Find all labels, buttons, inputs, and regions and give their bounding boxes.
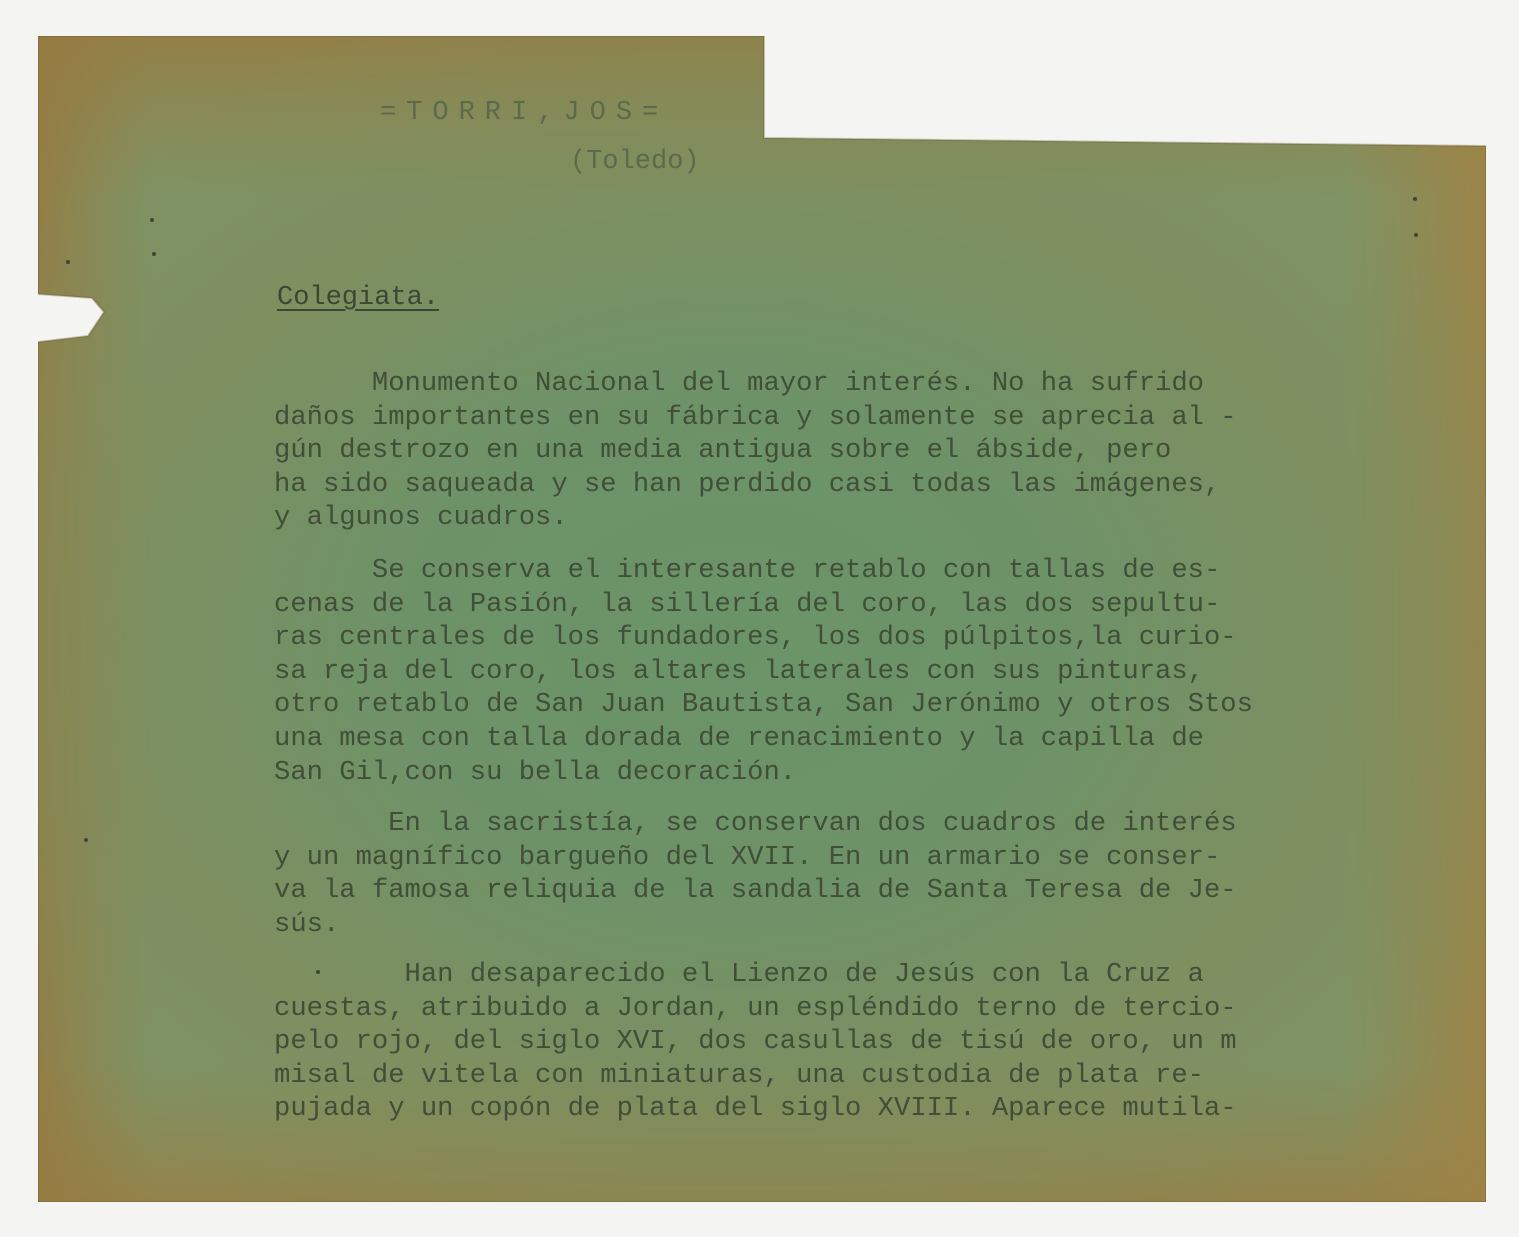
paper-speck — [152, 252, 156, 256]
text-line: sús. — [274, 908, 1494, 942]
paper-speck — [316, 970, 320, 974]
text-line: pujada y un copón de plata del siglo XVI… — [274, 1092, 1494, 1126]
text-line: y algunos cuadros. — [274, 501, 1494, 535]
text-line: ras centrales de los fundadores, los dos… — [274, 621, 1494, 655]
paragraph-2: Se conserva el interesante retablo con t… — [274, 554, 1494, 789]
document-subtitle: (Toledo) — [570, 147, 700, 177]
text-line: cenas de la Pasión, la sillería del coro… — [274, 588, 1494, 622]
text-line: ha sido saqueada y se han perdido casi t… — [274, 468, 1494, 502]
text-line: otro retablo de San Juan Bautista, San J… — [274, 688, 1494, 722]
text-line: pelo rojo, del siglo XVI, dos casullas d… — [274, 1025, 1494, 1059]
text-line: una mesa con talla dorada de renacimient… — [274, 722, 1494, 756]
text-line: Han desaparecido el Lienzo de Jesús con … — [274, 958, 1494, 992]
text-line: gún destrozo en una media antigua sobre … — [274, 434, 1494, 468]
text-line: misal de vitela con miniaturas, una cust… — [274, 1059, 1494, 1093]
paragraph-3: En la sacristía, se conservan dos cuadro… — [274, 807, 1494, 941]
text-line: cuestas, atribuido a Jordan, un espléndi… — [274, 992, 1494, 1026]
text-line: sa reja del coro, los altares laterales … — [274, 655, 1494, 689]
text-line: Monumento Nacional del mayor interés. No… — [274, 367, 1494, 401]
paragraph-1: Monumento Nacional del mayor interés. No… — [274, 367, 1494, 535]
paper-speck — [84, 838, 88, 842]
text-line: San Gil,con su bella decoración. — [274, 756, 1494, 790]
document-title: =TORRI,JOS= — [380, 98, 668, 128]
text-line: Se conserva el interesante retablo con t… — [274, 554, 1494, 588]
text-line: En la sacristía, se conservan dos cuadro… — [274, 807, 1494, 841]
paragraph-4: Han desaparecido el Lienzo de Jesús con … — [274, 958, 1494, 1126]
text-line: va la famosa reliquia de la sandalia de … — [274, 874, 1494, 908]
document-content: =TORRI,JOS= (Toledo) Colegiata. Monument… — [0, 0, 1519, 1237]
paper-speck — [150, 218, 154, 222]
text-line: daños importantes en su fábrica y solame… — [274, 401, 1494, 435]
paper-speck — [1413, 197, 1417, 201]
paper-speck — [66, 260, 70, 264]
paper-speck — [1414, 233, 1418, 237]
text-line: y un magnífico bargueño del XVII. En un … — [274, 841, 1494, 875]
section-heading: Colegiata. — [277, 283, 439, 313]
